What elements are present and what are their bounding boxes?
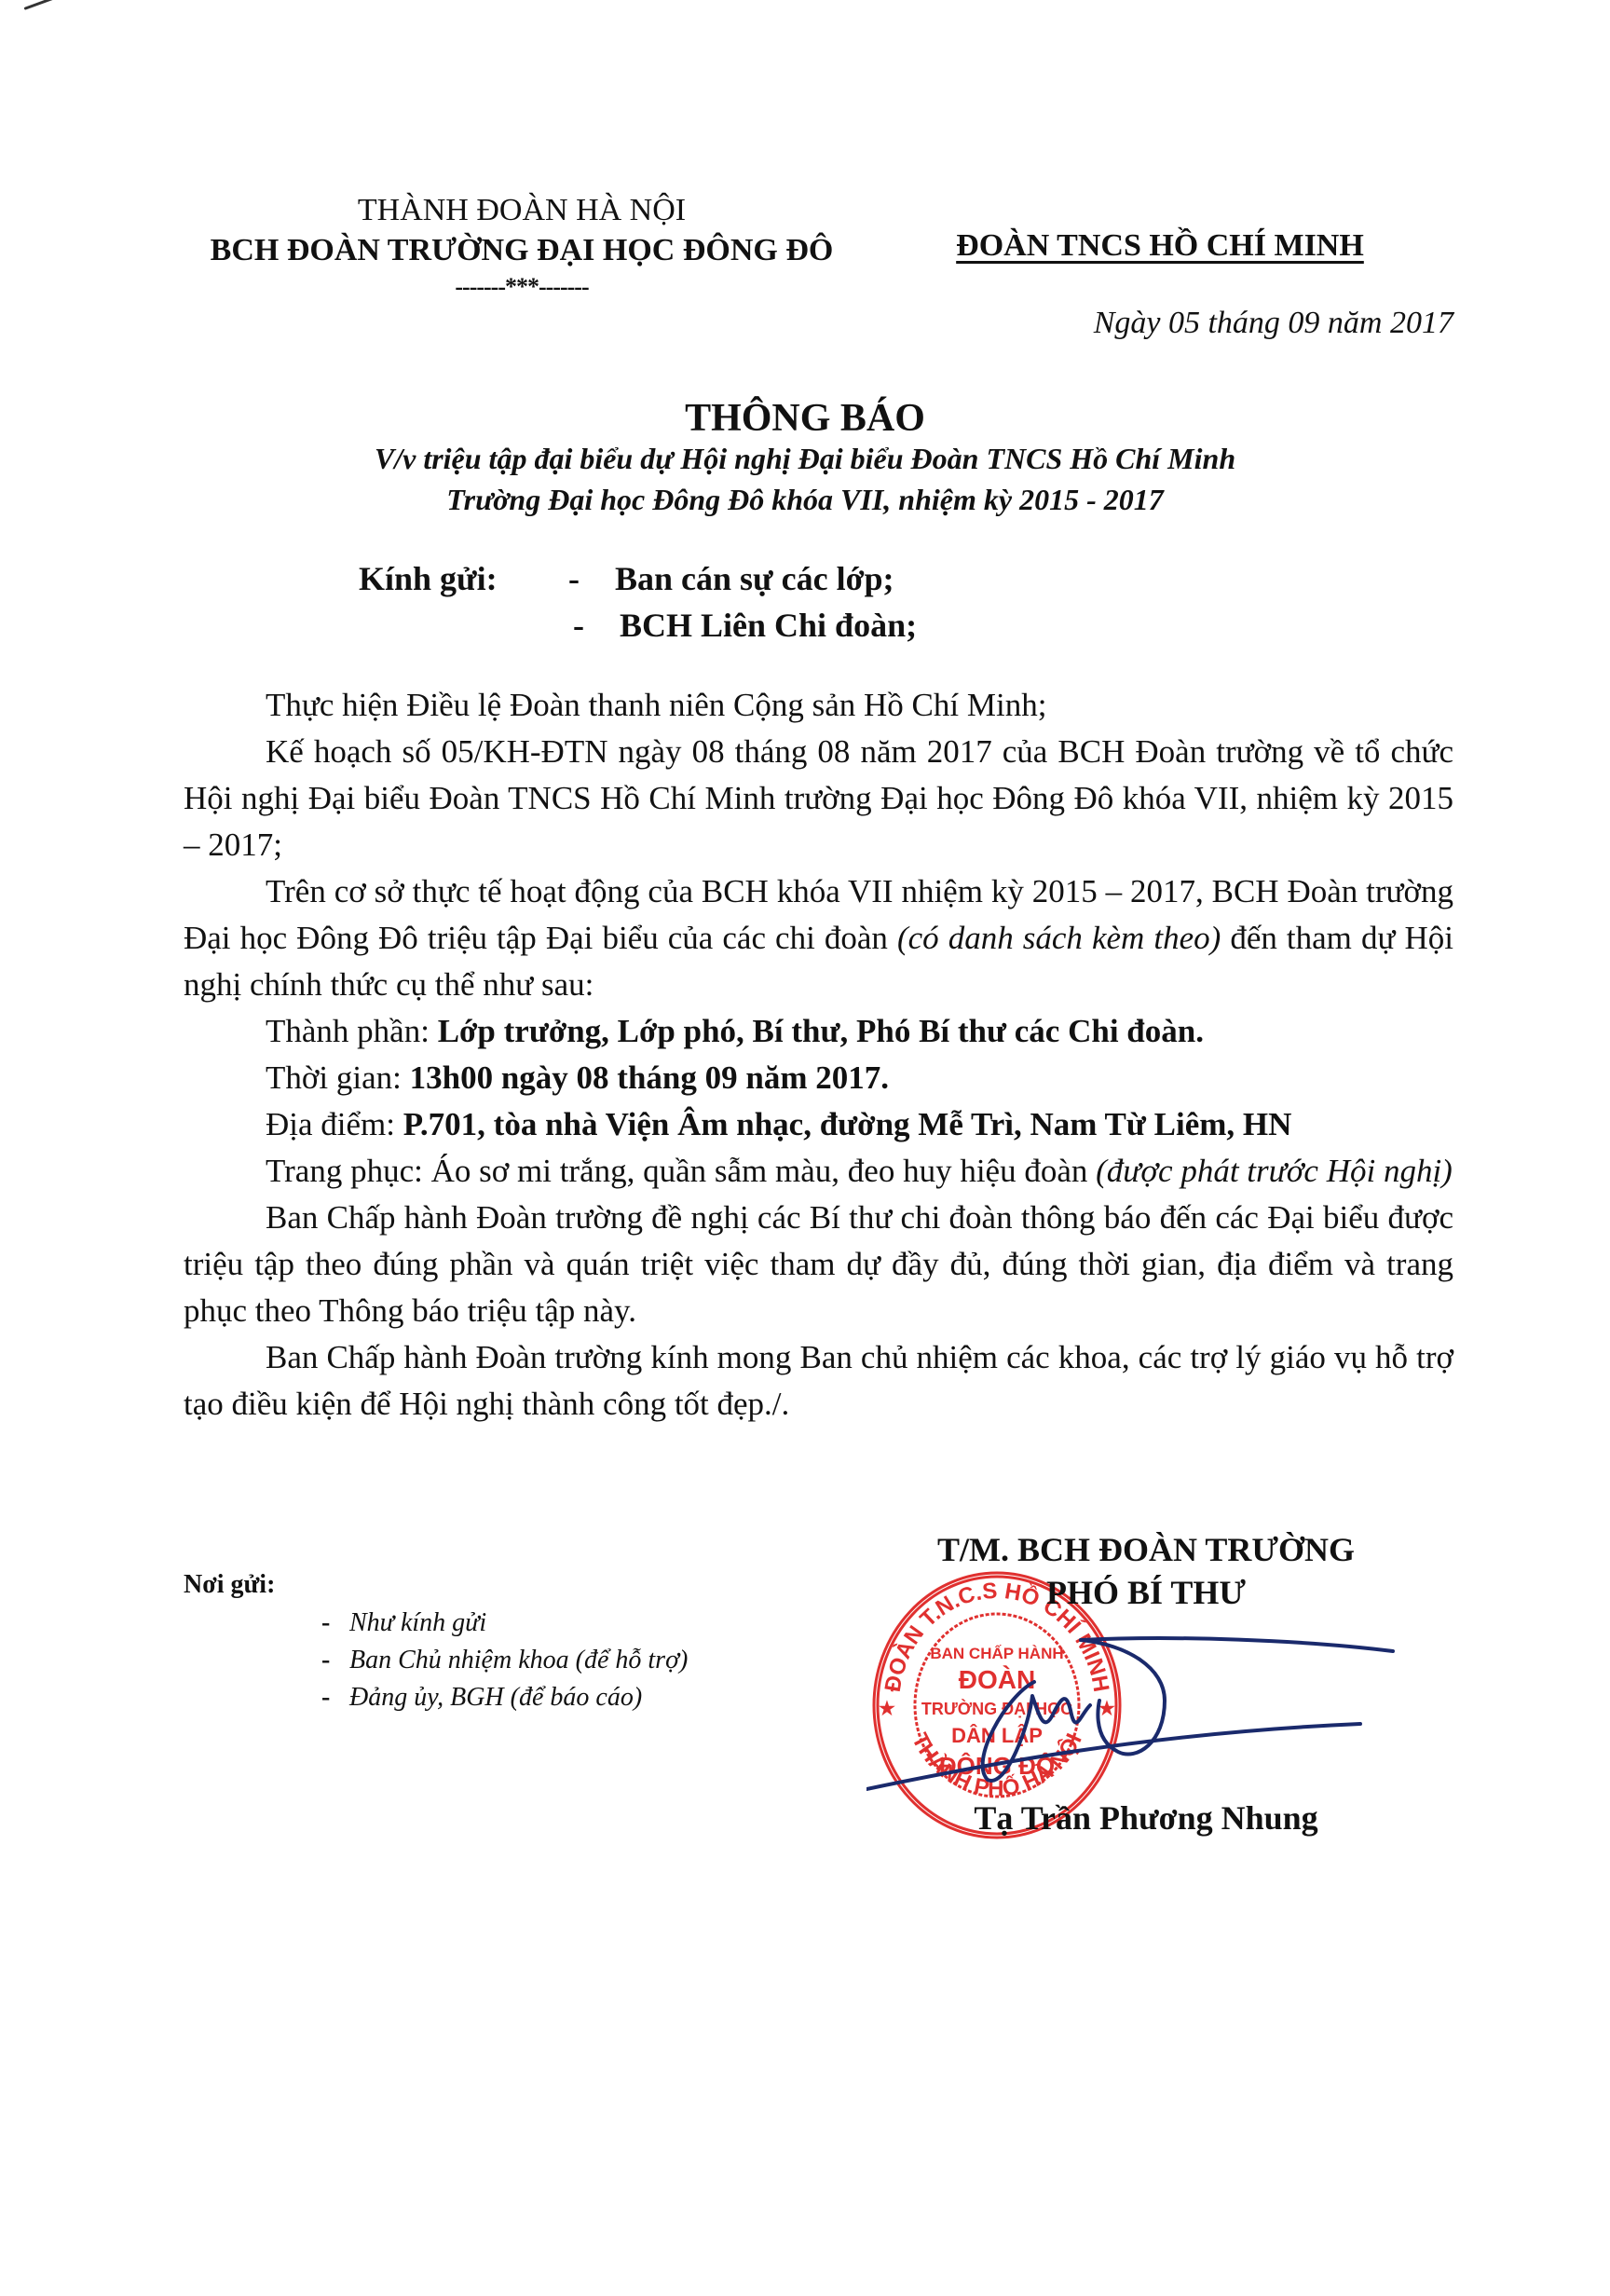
paragraph-composition: Thành phần: Lớp trưởng, Lớp phó, Bí thư,…: [184, 1008, 1453, 1055]
pen-mark: [23, 0, 90, 10]
cc-item: -Đảng ủy, BGH (để báo cáo): [321, 1679, 688, 1716]
bullet-dash: -: [568, 559, 615, 598]
union-name: ĐOÀN TNCS HỒ CHÍ MINH: [936, 228, 1384, 264]
paragraph-location: Địa điểm: P.701, tòa nhà Viện Âm nhạc, đ…: [184, 1101, 1453, 1148]
recipient-item: -BCH Liên Chi đoàn;: [573, 606, 917, 645]
subject-line-1: V/v triệu tập đại biểu dự Hội nghị Đại b…: [0, 438, 1610, 479]
bullet-dash: -: [573, 606, 620, 645]
paragraph-request: Ban Chấp hành Đoàn trường đề nghị các Bí…: [184, 1195, 1453, 1334]
signatory-name: Tạ Trần Phương Nhung: [866, 1798, 1426, 1838]
cc-label: Nơi gửi:: [184, 1570, 275, 1600]
cc-list: -Như kính gửi -Ban Chủ nhiệm khoa (để hỗ…: [321, 1605, 688, 1716]
paragraph-plan: Kế hoạch số 05/KH-ĐTN ngày 08 tháng 08 n…: [184, 729, 1453, 868]
parent-org: THÀNH ĐOÀN HÀ NỘI: [168, 191, 876, 230]
document-body: Thực hiện Điều lệ Đoàn thanh niên Cộng s…: [184, 682, 1453, 1428]
cc-item: -Như kính gửi: [321, 1605, 688, 1642]
recipient-text: Ban cán sự các lớp;: [615, 560, 894, 597]
issuing-org: BCH ĐOÀN TRƯỜNG ĐẠI HỌC ĐÔNG ĐÔ: [168, 230, 876, 271]
document-subject: V/v triệu tập đại biểu dự Hội nghị Đại b…: [0, 438, 1610, 520]
subject-line-2: Trường Đại học Đông Đô khóa VII, nhiệm k…: [0, 479, 1610, 520]
header-separator: -------***-------: [168, 271, 876, 303]
recipients-label: Kính gửi:: [359, 559, 498, 598]
paragraph-closing: Ban Chấp hành Đoàn trường kính mong Ban …: [184, 1334, 1453, 1428]
paragraph-time: Thời gian: 13h00 ngày 08 tháng 09 năm 20…: [184, 1055, 1453, 1101]
handwritten-signature-icon: [866, 1612, 1463, 1817]
cc-item: -Ban Chủ nhiệm khoa (để hỗ trợ): [321, 1642, 688, 1679]
document-title: THÔNG BÁO: [0, 396, 1610, 441]
paragraph-dress-code: Trang phục: Áo sơ mi trắng, quần sẫm màu…: [184, 1148, 1453, 1195]
signatory-org: T/M. BCH ĐOÀN TRƯỜNG: [866, 1528, 1426, 1571]
recipient-text: BCH Liên Chi đoàn;: [620, 607, 917, 644]
issuer-header: THÀNH ĐOÀN HÀ NỘI BCH ĐOÀN TRƯỜNG ĐẠI HỌ…: [168, 191, 876, 303]
paragraph-basis: Thực hiện Điều lệ Đoàn thanh niên Cộng s…: [184, 682, 1453, 729]
recipient-item: -Ban cán sự các lớp;: [568, 559, 894, 598]
paragraph-convocation: Trên cơ sở thực tế hoạt động của BCH khó…: [184, 868, 1453, 1008]
document-date: Ngày 05 tháng 09 năm 2017: [932, 306, 1453, 341]
signatory-block: T/M. BCH ĐOÀN TRƯỜNG PHÓ BÍ THƯ: [866, 1528, 1426, 1614]
signatory-title: PHÓ BÍ THƯ: [866, 1571, 1426, 1614]
